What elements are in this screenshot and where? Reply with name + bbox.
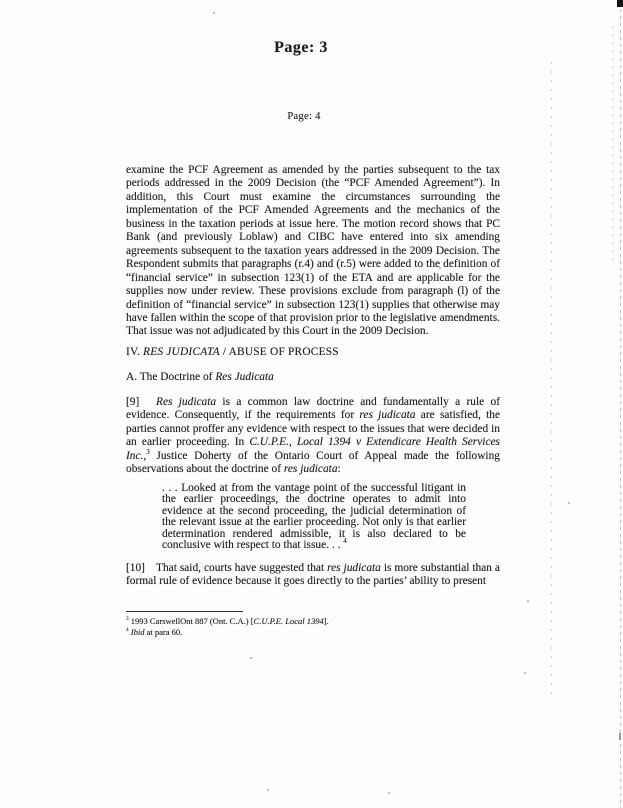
scan-edge-mark xyxy=(619,733,621,740)
scan-speck xyxy=(524,672,526,674)
block-quote: . . . Looked at from the vantage point o… xyxy=(162,483,466,552)
paragraph-9: [9]Res judicata is a common law doctrine… xyxy=(126,396,500,477)
paragraph-10-text: That said, courts have suggested that re… xyxy=(126,562,500,587)
footnote-3: 3 1993 CarswellOnt 887 (Ont. C.A.) [C.U.… xyxy=(126,616,500,627)
page-number-heading-secondary: Page: 4 xyxy=(0,111,608,122)
scan-speck xyxy=(439,267,441,269)
scan-speck xyxy=(527,600,529,602)
scan-corner-mark xyxy=(617,0,623,7)
document-body: examine the PCF Agreement as amended by … xyxy=(126,164,500,589)
paragraph-9-text: Res judicata is a common law doctrine an… xyxy=(126,396,500,475)
footnote-separator xyxy=(126,611,243,612)
scan-speck xyxy=(250,657,252,659)
scan-edge-line xyxy=(620,9,621,808)
scan-edge-line xyxy=(613,26,614,264)
paragraph-10-number: [10] xyxy=(126,562,156,575)
footnote-3-text: 1993 CarswellOnt 887 (Ont. C.A.) [C.U.P.… xyxy=(129,616,329,626)
section-heading-res-judicata: IV. RES JUDICATA / ABUSE OF PROCESS xyxy=(126,346,500,359)
paragraph-9-number: [9] xyxy=(126,396,156,409)
footnotes-section: 3 1993 CarswellOnt 887 (Ont. C.A.) [C.U.… xyxy=(126,611,500,638)
scan-speck xyxy=(267,789,269,791)
scan-speck xyxy=(213,12,215,14)
page-number-heading-primary: Page: 3 xyxy=(0,39,602,57)
footnote-4-text: Ibid at para 60. xyxy=(129,627,183,637)
paragraph-10: [10]That said, courts have suggested tha… xyxy=(126,562,500,589)
footnote-4: 4 Ibid at para 60. xyxy=(126,627,500,638)
scan-speck xyxy=(388,792,390,794)
scanned-document-page: Page: 3 Page: 4 examine the PCF Agreemen… xyxy=(0,0,623,808)
paragraph-intro: examine the PCF Agreement as amended by … xyxy=(126,164,500,339)
scan-dotted-line xyxy=(551,62,552,694)
subsection-heading-doctrine: A. The Doctrine of Res Judicata xyxy=(126,371,500,384)
scan-speck xyxy=(568,502,570,504)
